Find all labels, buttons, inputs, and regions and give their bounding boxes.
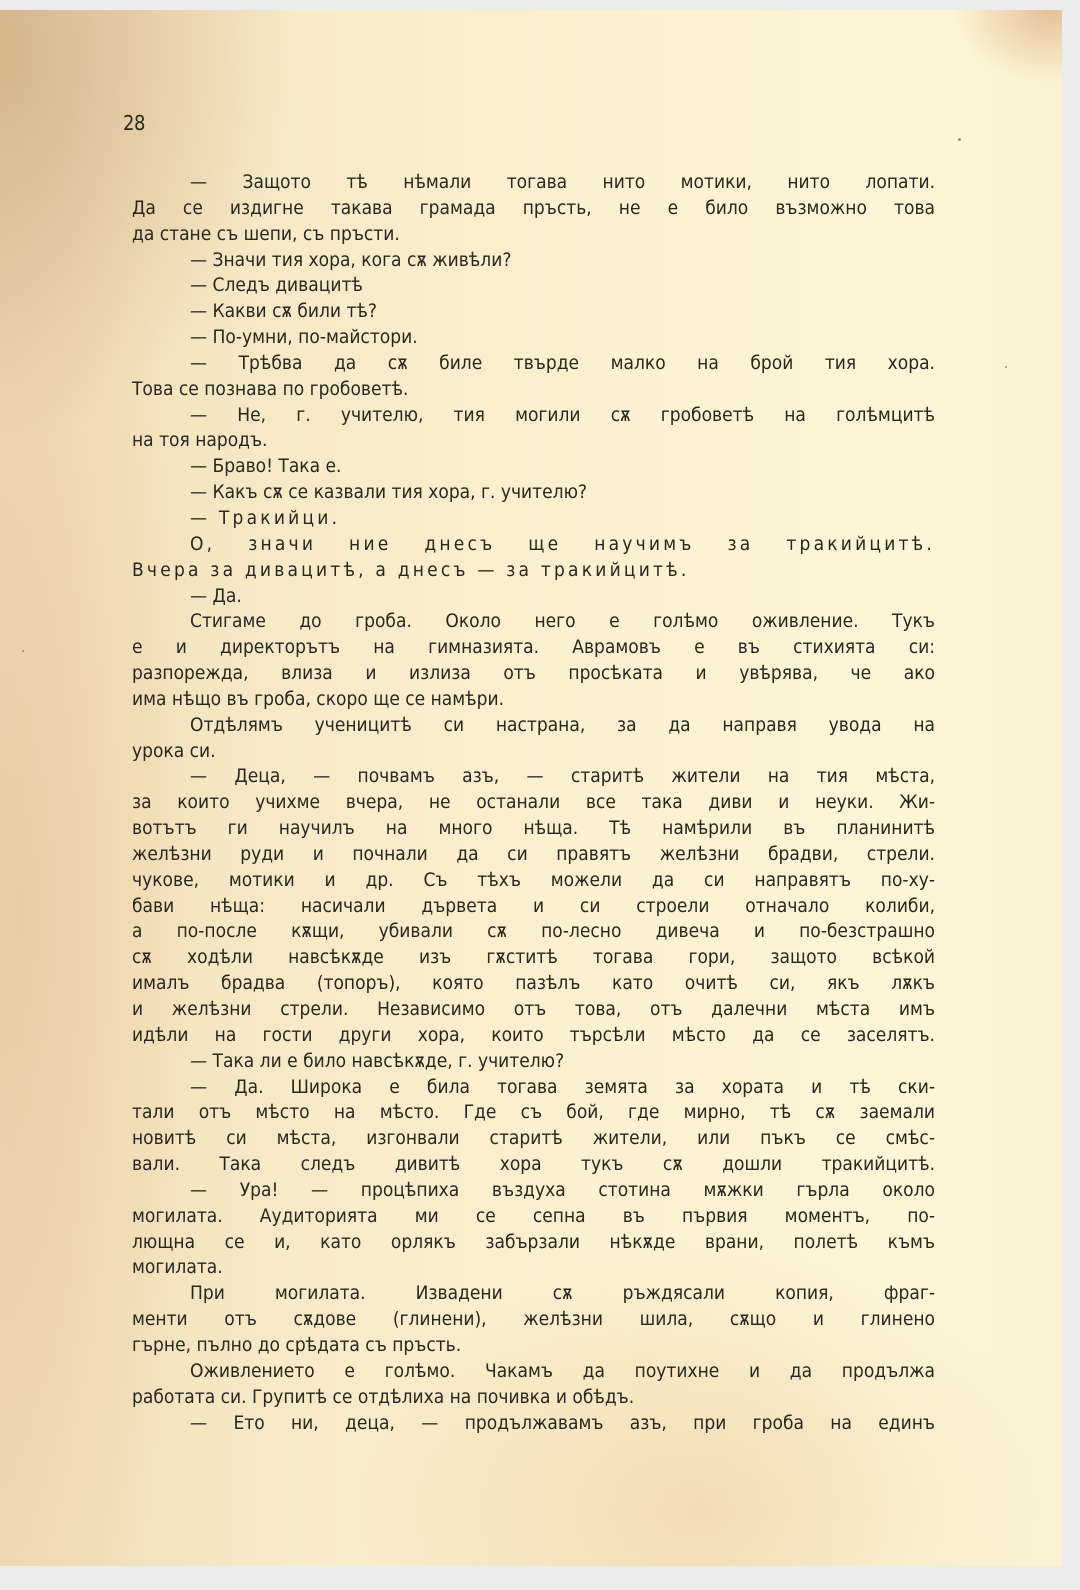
text-line: — Значи тия хора, кога сѫ живѣли? (132, 248, 935, 274)
text-line: — Ето ни, деца, — продължавамъ азъ, при … (132, 1411, 935, 1437)
text-line: идѣли на гости други хора, които търсѣли… (132, 1023, 935, 1049)
text-line: новитѣ си мѣста, изгонвали старитѣ жител… (132, 1126, 935, 1152)
book-page: 28 — Защото тѣ нѣмали тогава нито мотики… (0, 10, 1062, 1566)
text-line: — Следъ дивацитѣ (132, 273, 935, 299)
text-line: могилата. (132, 1255, 935, 1281)
text-line: Да се издигне такава грамада пръсть, не … (132, 196, 935, 222)
text-line: — Да. Широка е била тогава земята за хор… (132, 1075, 935, 1101)
text-line: Това се познава по гробоветѣ. (132, 377, 935, 403)
text-line: — Трѣбва да сѫ биле твърде малко на брой… (132, 351, 935, 377)
text-line: и желѣзни стрели. Независимо отъ това, о… (132, 997, 935, 1023)
text-line: на тоя народъ. (132, 428, 935, 454)
text-line: Вчера за дивацитѣ, а днесъ — за тракийци… (132, 558, 935, 584)
text-line: вотътъ ги научилъ на много нѣща. Тѣ намѣ… (132, 816, 935, 842)
text-line: тали отъ мѣсто на мѣсто. Где съ бой, где… (132, 1100, 935, 1126)
text-line: — Да. (132, 584, 935, 610)
text-line: ималъ брадва (топоръ), която пазѣлъ като… (132, 971, 935, 997)
text-line: сѫ ходѣли навсѣкѫде изъ гѫститѣ тогава г… (132, 945, 935, 971)
text-line: — По-умни, по-майстори. (132, 325, 935, 351)
text-line: — Браво! Така е. (132, 454, 935, 480)
text-line: — Защото тѣ нѣмали тогава нито мотики, н… (132, 170, 935, 196)
paper-speck (22, 650, 24, 652)
text-line: — Какъ сѫ се казвали тия хора, г. учител… (132, 480, 935, 506)
paper-speck (1005, 366, 1007, 368)
text-line: могилата. Аудиторията ми се сепна въ пър… (132, 1204, 935, 1230)
text-line: има нѣщо въ гроба, скоро ще се намѣри. (132, 687, 935, 713)
text-line: разпорежда, влиза и излиза отъ просѣката… (132, 661, 935, 687)
paper-speck (958, 138, 961, 141)
text-line: е и директорътъ на гимназията. Аврамовъ … (132, 635, 935, 661)
text-line: О, значи ние днесъ ще научимъ за тракийц… (132, 532, 935, 558)
text-line: за които учихме вчера, не останали все т… (132, 790, 935, 816)
text-line: а по-после кѫщи, убивали сѫ по-лесно див… (132, 919, 935, 945)
text-line: — Не, г. учителю, тия могили сѫ гробовет… (132, 403, 935, 429)
text-line: — Какви сѫ били тѣ? (132, 299, 935, 325)
text-line: Стигаме до гроба. Около него е голѣмо ож… (132, 609, 935, 635)
text-line: урока си. (132, 739, 935, 765)
text-line: работата си. Групитѣ се отдѣлиха на почи… (132, 1385, 935, 1411)
text-line: — Така ли е било навсѣкѫде, г. учителю? (132, 1049, 935, 1075)
page-body-text: — Защото тѣ нѣмали тогава нито мотики, н… (132, 170, 935, 1436)
text-line: да стане съ шепи, съ пръсти. (132, 222, 935, 248)
text-line: — Тракийци. (132, 506, 935, 532)
text-line: менти отъ сѫдове (глинени), желѣзни шила… (132, 1307, 935, 1333)
text-line: — Деца, — почвамъ азъ, — старитѣ жители … (132, 764, 935, 790)
text-line: Оживлението е голѣмо. Чакамъ да поутихне… (132, 1359, 935, 1385)
text-line: чукове, мотики и др. Съ тѣхъ можели да с… (132, 868, 935, 894)
text-line: желѣзни руди и почнали да си правятъ жел… (132, 842, 935, 868)
page-number: 28 (123, 111, 145, 135)
text-line: При могилата. Извадени сѫ ръждясали копи… (132, 1281, 935, 1307)
text-line: вали. Така следъ дивитѣ хора тукъ сѫ дош… (132, 1152, 935, 1178)
text-line: гърне, пълно до срѣдата съ пръсть. (132, 1333, 935, 1359)
text-line: лющна се и, като орлякъ забързали нѣкѫде… (132, 1230, 935, 1256)
text-line: Отдѣлямъ ученицитѣ си настрана, за да на… (132, 713, 935, 739)
text-line: бави нѣща: насичали дървета и си строели… (132, 894, 935, 920)
text-line: — Ура! — процѣпиха въздуха стотина мѫжки… (132, 1178, 935, 1204)
